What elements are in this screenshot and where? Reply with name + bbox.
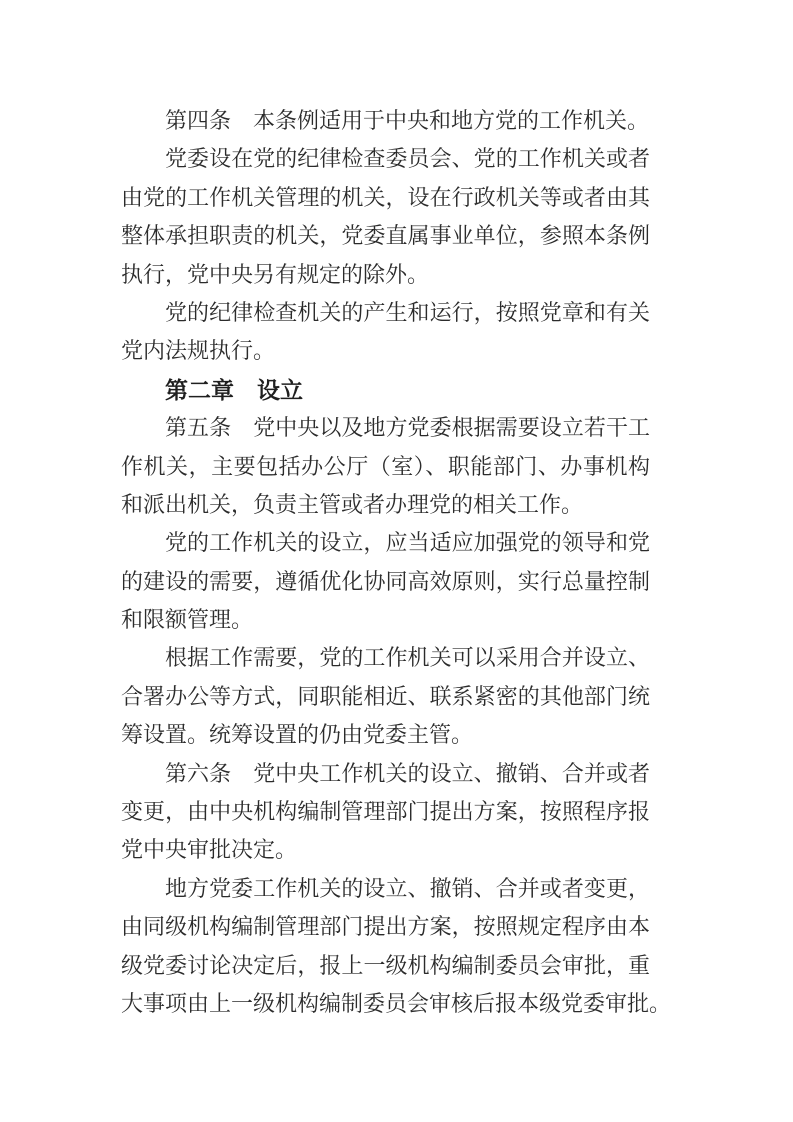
text-line: 和限额管理。 <box>121 601 650 639</box>
text-line: 第六条 党中央工作机关的设立、撤销、合并或者 <box>121 755 650 793</box>
document-text-column: 第四条 本条例适用于中央和地方党的工作机关。 党委设在党的纪律检查委员会、党的工… <box>121 102 650 1023</box>
document-page: 第四条 本条例适用于中央和地方党的工作机关。 党委设在党的纪律检查委员会、党的工… <box>0 0 793 1122</box>
text-line: 第四条 本条例适用于中央和地方党的工作机关。 <box>121 102 650 140</box>
text-line: 和派出机关，负责主管或者办理党的相关工作。 <box>121 486 650 524</box>
text-line: 的建设的需要，遵循优化协同高效原则，实行总量控制 <box>121 563 650 601</box>
chapter-heading-text: 第二章 设立 <box>121 371 650 409</box>
paragraph-merged-setup: 根据工作需要，党的工作机关可以采用合并设立、 合署办公等方式，同职能相近、联系紧… <box>121 639 650 754</box>
text-line: 党委设在党的纪律检查委员会、党的工作机关或者 <box>121 140 650 178</box>
text-line: 执行，党中央另有规定的除外。 <box>121 256 650 294</box>
paragraph-local-committees: 地方党委工作机关的设立、撤销、合并或者变更， 由同级机构编制管理部门提出方案，按… <box>121 870 650 1024</box>
text-line: 作机关，主要包括办公厅（室）、职能部门、办事机构 <box>121 448 650 486</box>
text-line: 由党的工作机关管理的机关，设在行政机关等或者由其 <box>121 179 650 217</box>
paragraph-establishment-principles: 党的工作机关的设立，应当适应加强党的领导和党 的建设的需要，遵循优化协同高效原则… <box>121 524 650 639</box>
paragraph-article-5: 第五条 党中央以及地方党委根据需要设立若干工 作机关，主要包括办公厅（室）、职能… <box>121 409 650 524</box>
text-line: 级党委讨论决定后，报上一级机构编制委员会审批，重 <box>121 947 650 985</box>
text-line: 大事项由上一级机构编制委员会审核后报本级党委审批。 <box>121 985 681 1023</box>
chapter-2-heading: 第二章 设立 <box>121 371 650 409</box>
paragraph-discipline-organs: 党的纪律检查机关的产生和运行，按照党章和有关 党内法规执行。 <box>121 294 650 371</box>
paragraph-article-6: 第六条 党中央工作机关的设立、撤销、合并或者 变更，由中央机构编制管理部门提出方… <box>121 755 650 870</box>
paragraph-article-4: 第四条 本条例适用于中央和地方党的工作机关。 <box>121 102 650 140</box>
text-line: 党中央审批决定。 <box>121 831 650 869</box>
text-line: 党的工作机关的设立，应当适应加强党的领导和党 <box>121 524 650 562</box>
text-line: 党内法规执行。 <box>121 332 650 370</box>
text-line: 由同级机构编制管理部门提出方案，按照规定程序由本 <box>121 908 650 946</box>
text-line: 变更，由中央机构编制管理部门提出方案，按照程序报 <box>121 793 650 831</box>
text-line: 第五条 党中央以及地方党委根据需要设立若干工 <box>121 409 650 447</box>
text-line: 党的纪律检查机关的产生和运行，按照党章和有关 <box>121 294 650 332</box>
text-line: 地方党委工作机关的设立、撤销、合并或者变更， <box>121 870 650 908</box>
paragraph-article-4-scope: 党委设在党的纪律检查委员会、党的工作机关或者 由党的工作机关管理的机关，设在行政… <box>121 140 650 294</box>
text-line: 整体承担职责的机关，党委直属事业单位，参照本条例 <box>121 217 650 255</box>
text-line: 根据工作需要，党的工作机关可以采用合并设立、 <box>121 639 650 677</box>
text-line: 筹设置。统筹设置的仍由党委主管。 <box>121 716 650 754</box>
text-line: 合署办公等方式，同职能相近、联系紧密的其他部门统 <box>121 678 650 716</box>
